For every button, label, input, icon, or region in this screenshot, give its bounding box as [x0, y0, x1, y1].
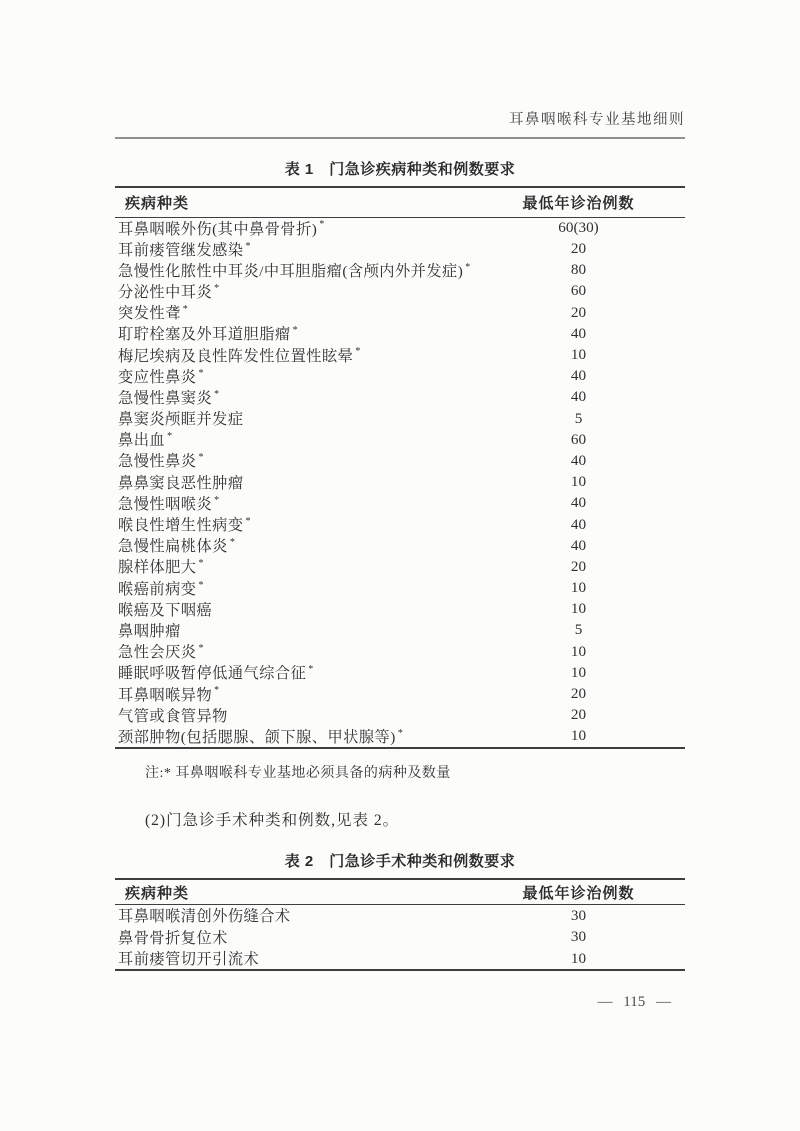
required-asterisk: * [214, 283, 220, 294]
min-annual-cases: 10 [488, 578, 685, 599]
required-asterisk: * [198, 580, 204, 591]
table-row: 耳鼻咽喉异物*20 [115, 683, 685, 704]
disease-name: 梅尼埃病及良性阵发性位置性眩晕* [115, 344, 488, 365]
page-content: 耳鼻咽喉科专业基地细则 表 1 门急诊疾病种类和例数要求 疾病种类 最低年诊治例… [115, 0, 685, 1011]
disease-name: 睡眠呼吸暂停低通气综合征* [115, 662, 488, 683]
required-asterisk: * [246, 516, 252, 527]
required-asterisk: * [355, 346, 361, 357]
min-annual-cases: 20 [488, 556, 685, 577]
min-annual-cases: 30 [488, 905, 685, 927]
disease-name: 气管或食管异物 [115, 705, 488, 726]
disease-name: 突发性聋* [115, 302, 488, 323]
min-annual-cases: 60 [488, 281, 685, 302]
disease-name: 急慢性化脓性中耳炎/中耳胆脂瘤(含颅内外并发症)* [115, 260, 488, 281]
min-annual-cases: 10 [488, 599, 685, 620]
table-row: 梅尼埃病及良性阵发性位置性眩晕*10 [115, 344, 685, 365]
min-annual-cases: 20 [488, 239, 685, 260]
min-annual-cases: 10 [488, 472, 685, 493]
required-asterisk: * [183, 304, 189, 315]
paragraph: (2)门急诊手术种类和例数,见表 2。 [115, 808, 685, 830]
disease-name: 耳前瘘管继发感染* [115, 239, 488, 260]
required-asterisk: * [230, 537, 236, 548]
required-asterisk: * [214, 389, 220, 400]
disease-name: 耳前瘘管切开引流术 [115, 948, 488, 970]
table-row: 鼻出血*60 [115, 429, 685, 450]
min-annual-cases: 40 [488, 450, 685, 471]
disease-name: 鼻窦炎颅眶并发症 [115, 408, 488, 429]
disease-name: 急慢性咽喉炎* [115, 493, 488, 514]
running-header-text: 耳鼻咽喉科专业基地细则 [509, 112, 685, 128]
required-asterisk: * [214, 495, 220, 506]
table2: 疾病种类 最低年诊治例数 耳鼻咽喉清创外伤缝合术30鼻骨骨折复位术30耳前瘘管切… [115, 878, 685, 971]
page-number: — 115 — [115, 994, 685, 1011]
disease-name: 急慢性鼻炎* [115, 450, 488, 471]
table2-body: 耳鼻咽喉清创外伤缝合术30鼻骨骨折复位术30耳前瘘管切开引流术10 [115, 905, 685, 970]
min-annual-cases: 30 [488, 927, 685, 949]
disease-name: 鼻咽肿瘤 [115, 620, 488, 641]
disease-name: 鼻出血* [115, 429, 488, 450]
table-row: 急慢性扁桃体炎*40 [115, 535, 685, 556]
table1: 疾病种类 最低年诊治例数 耳鼻咽喉外伤(其中鼻骨骨折)*60(30)耳前瘘管继发… [115, 186, 685, 749]
table-row: 耳前瘘管切开引流术10 [115, 948, 685, 970]
document-page: 耳鼻咽喉科专业基地细则 表 1 门急诊疾病种类和例数要求 疾病种类 最低年诊治例… [0, 0, 800, 1131]
min-annual-cases: 5 [488, 620, 685, 641]
table-row: 睡眠呼吸暂停低通气综合征*10 [115, 662, 685, 683]
min-annual-cases: 10 [488, 948, 685, 970]
disease-name: 分泌性中耳炎* [115, 281, 488, 302]
required-asterisk: * [167, 431, 173, 442]
min-annual-cases: 40 [488, 387, 685, 408]
table-row: 急慢性咽喉炎*40 [115, 493, 685, 514]
table1-col2-header: 最低年诊治例数 [488, 187, 685, 217]
disease-name: 耳鼻咽喉外伤(其中鼻骨骨折)* [115, 217, 488, 239]
table-row: 腺样体肥大*20 [115, 556, 685, 577]
required-asterisk: * [198, 452, 204, 463]
table1-header-row: 疾病种类 最低年诊治例数 [115, 187, 685, 217]
table-row: 急慢性化脓性中耳炎/中耳胆脂瘤(含颅内外并发症)*80 [115, 260, 685, 281]
required-asterisk: * [308, 664, 314, 675]
disease-name: 急慢性扁桃体炎* [115, 535, 488, 556]
table-row: 分泌性中耳炎*60 [115, 281, 685, 302]
table-row: 急慢性鼻窦炎*40 [115, 387, 685, 408]
table-row: 鼻鼻窦良恶性肿瘤10 [115, 472, 685, 493]
disease-name: 耵聍栓塞及外耳道胆脂瘤* [115, 323, 488, 344]
table-row: 耳鼻咽喉清创外伤缝合术30 [115, 905, 685, 927]
min-annual-cases: 60(30) [488, 217, 685, 239]
min-annual-cases: 60 [488, 429, 685, 450]
disease-name: 耳鼻咽喉清创外伤缝合术 [115, 905, 488, 927]
min-annual-cases: 40 [488, 366, 685, 387]
table-row: 急性会厌炎*10 [115, 641, 685, 662]
required-asterisk: * [246, 241, 252, 252]
disease-name: 鼻鼻窦良恶性肿瘤 [115, 472, 488, 493]
table1-body: 耳鼻咽喉外伤(其中鼻骨骨折)*60(30)耳前瘘管继发感染*20急慢性化脓性中耳… [115, 217, 685, 748]
required-asterisk: * [465, 262, 471, 273]
table-row: 鼻咽肿瘤5 [115, 620, 685, 641]
required-asterisk: * [214, 685, 220, 696]
table-row: 耳前瘘管继发感染*20 [115, 239, 685, 260]
table-row: 鼻窦炎颅眶并发症5 [115, 408, 685, 429]
min-annual-cases: 80 [488, 260, 685, 281]
table1-note: 注:* 耳鼻咽喉科专业基地必须具备的病种及数量 [115, 762, 685, 782]
min-annual-cases: 20 [488, 683, 685, 704]
required-asterisk: * [319, 219, 325, 230]
min-annual-cases: 20 [488, 705, 685, 726]
table-row: 急慢性鼻炎*40 [115, 450, 685, 471]
required-asterisk: * [198, 368, 204, 379]
min-annual-cases: 10 [488, 344, 685, 365]
min-annual-cases: 5 [488, 408, 685, 429]
table1-caption: 表 1 门急诊疾病种类和例数要求 [115, 158, 685, 179]
disease-name: 耳鼻咽喉异物* [115, 683, 488, 704]
required-asterisk: * [198, 643, 204, 654]
disease-name: 喉癌及下咽癌 [115, 599, 488, 620]
min-annual-cases: 10 [488, 726, 685, 748]
table-row: 气管或食管异物20 [115, 705, 685, 726]
table-row: 耳鼻咽喉外伤(其中鼻骨骨折)*60(30) [115, 217, 685, 239]
required-asterisk: * [198, 558, 204, 569]
disease-name: 急性会厌炎* [115, 641, 488, 662]
running-header: 耳鼻咽喉科专业基地细则 [115, 108, 685, 139]
required-asterisk: * [398, 728, 404, 739]
min-annual-cases: 10 [488, 662, 685, 683]
disease-name: 变应性鼻炎* [115, 366, 488, 387]
table2-col1-header: 疾病种类 [115, 879, 488, 905]
min-annual-cases: 40 [488, 514, 685, 535]
table2-header-row: 疾病种类 最低年诊治例数 [115, 879, 685, 905]
table-row: 变应性鼻炎*40 [115, 366, 685, 387]
min-annual-cases: 20 [488, 302, 685, 323]
table-row: 鼻骨骨折复位术30 [115, 927, 685, 949]
min-annual-cases: 40 [488, 493, 685, 514]
min-annual-cases: 40 [488, 323, 685, 344]
disease-name: 急慢性鼻窦炎* [115, 387, 488, 408]
table-row: 突发性聋*20 [115, 302, 685, 323]
table2-col2-header: 最低年诊治例数 [488, 879, 685, 905]
min-annual-cases: 10 [488, 641, 685, 662]
disease-name: 喉癌前病变* [115, 578, 488, 599]
required-asterisk: * [293, 325, 299, 336]
table2-caption: 表 2 门急诊手术种类和例数要求 [115, 850, 685, 871]
min-annual-cases: 40 [488, 535, 685, 556]
table-row: 喉癌及下咽癌10 [115, 599, 685, 620]
table1-col1-header: 疾病种类 [115, 187, 488, 217]
table-row: 颈部肿物(包括腮腺、颌下腺、甲状腺等)*10 [115, 726, 685, 748]
disease-name: 颈部肿物(包括腮腺、颌下腺、甲状腺等)* [115, 726, 488, 748]
table-row: 耵聍栓塞及外耳道胆脂瘤*40 [115, 323, 685, 344]
disease-name: 腺样体肥大* [115, 556, 488, 577]
table-row: 喉癌前病变*10 [115, 578, 685, 599]
table-row: 喉良性增生性病变*40 [115, 514, 685, 535]
disease-name: 鼻骨骨折复位术 [115, 927, 488, 949]
disease-name: 喉良性增生性病变* [115, 514, 488, 535]
